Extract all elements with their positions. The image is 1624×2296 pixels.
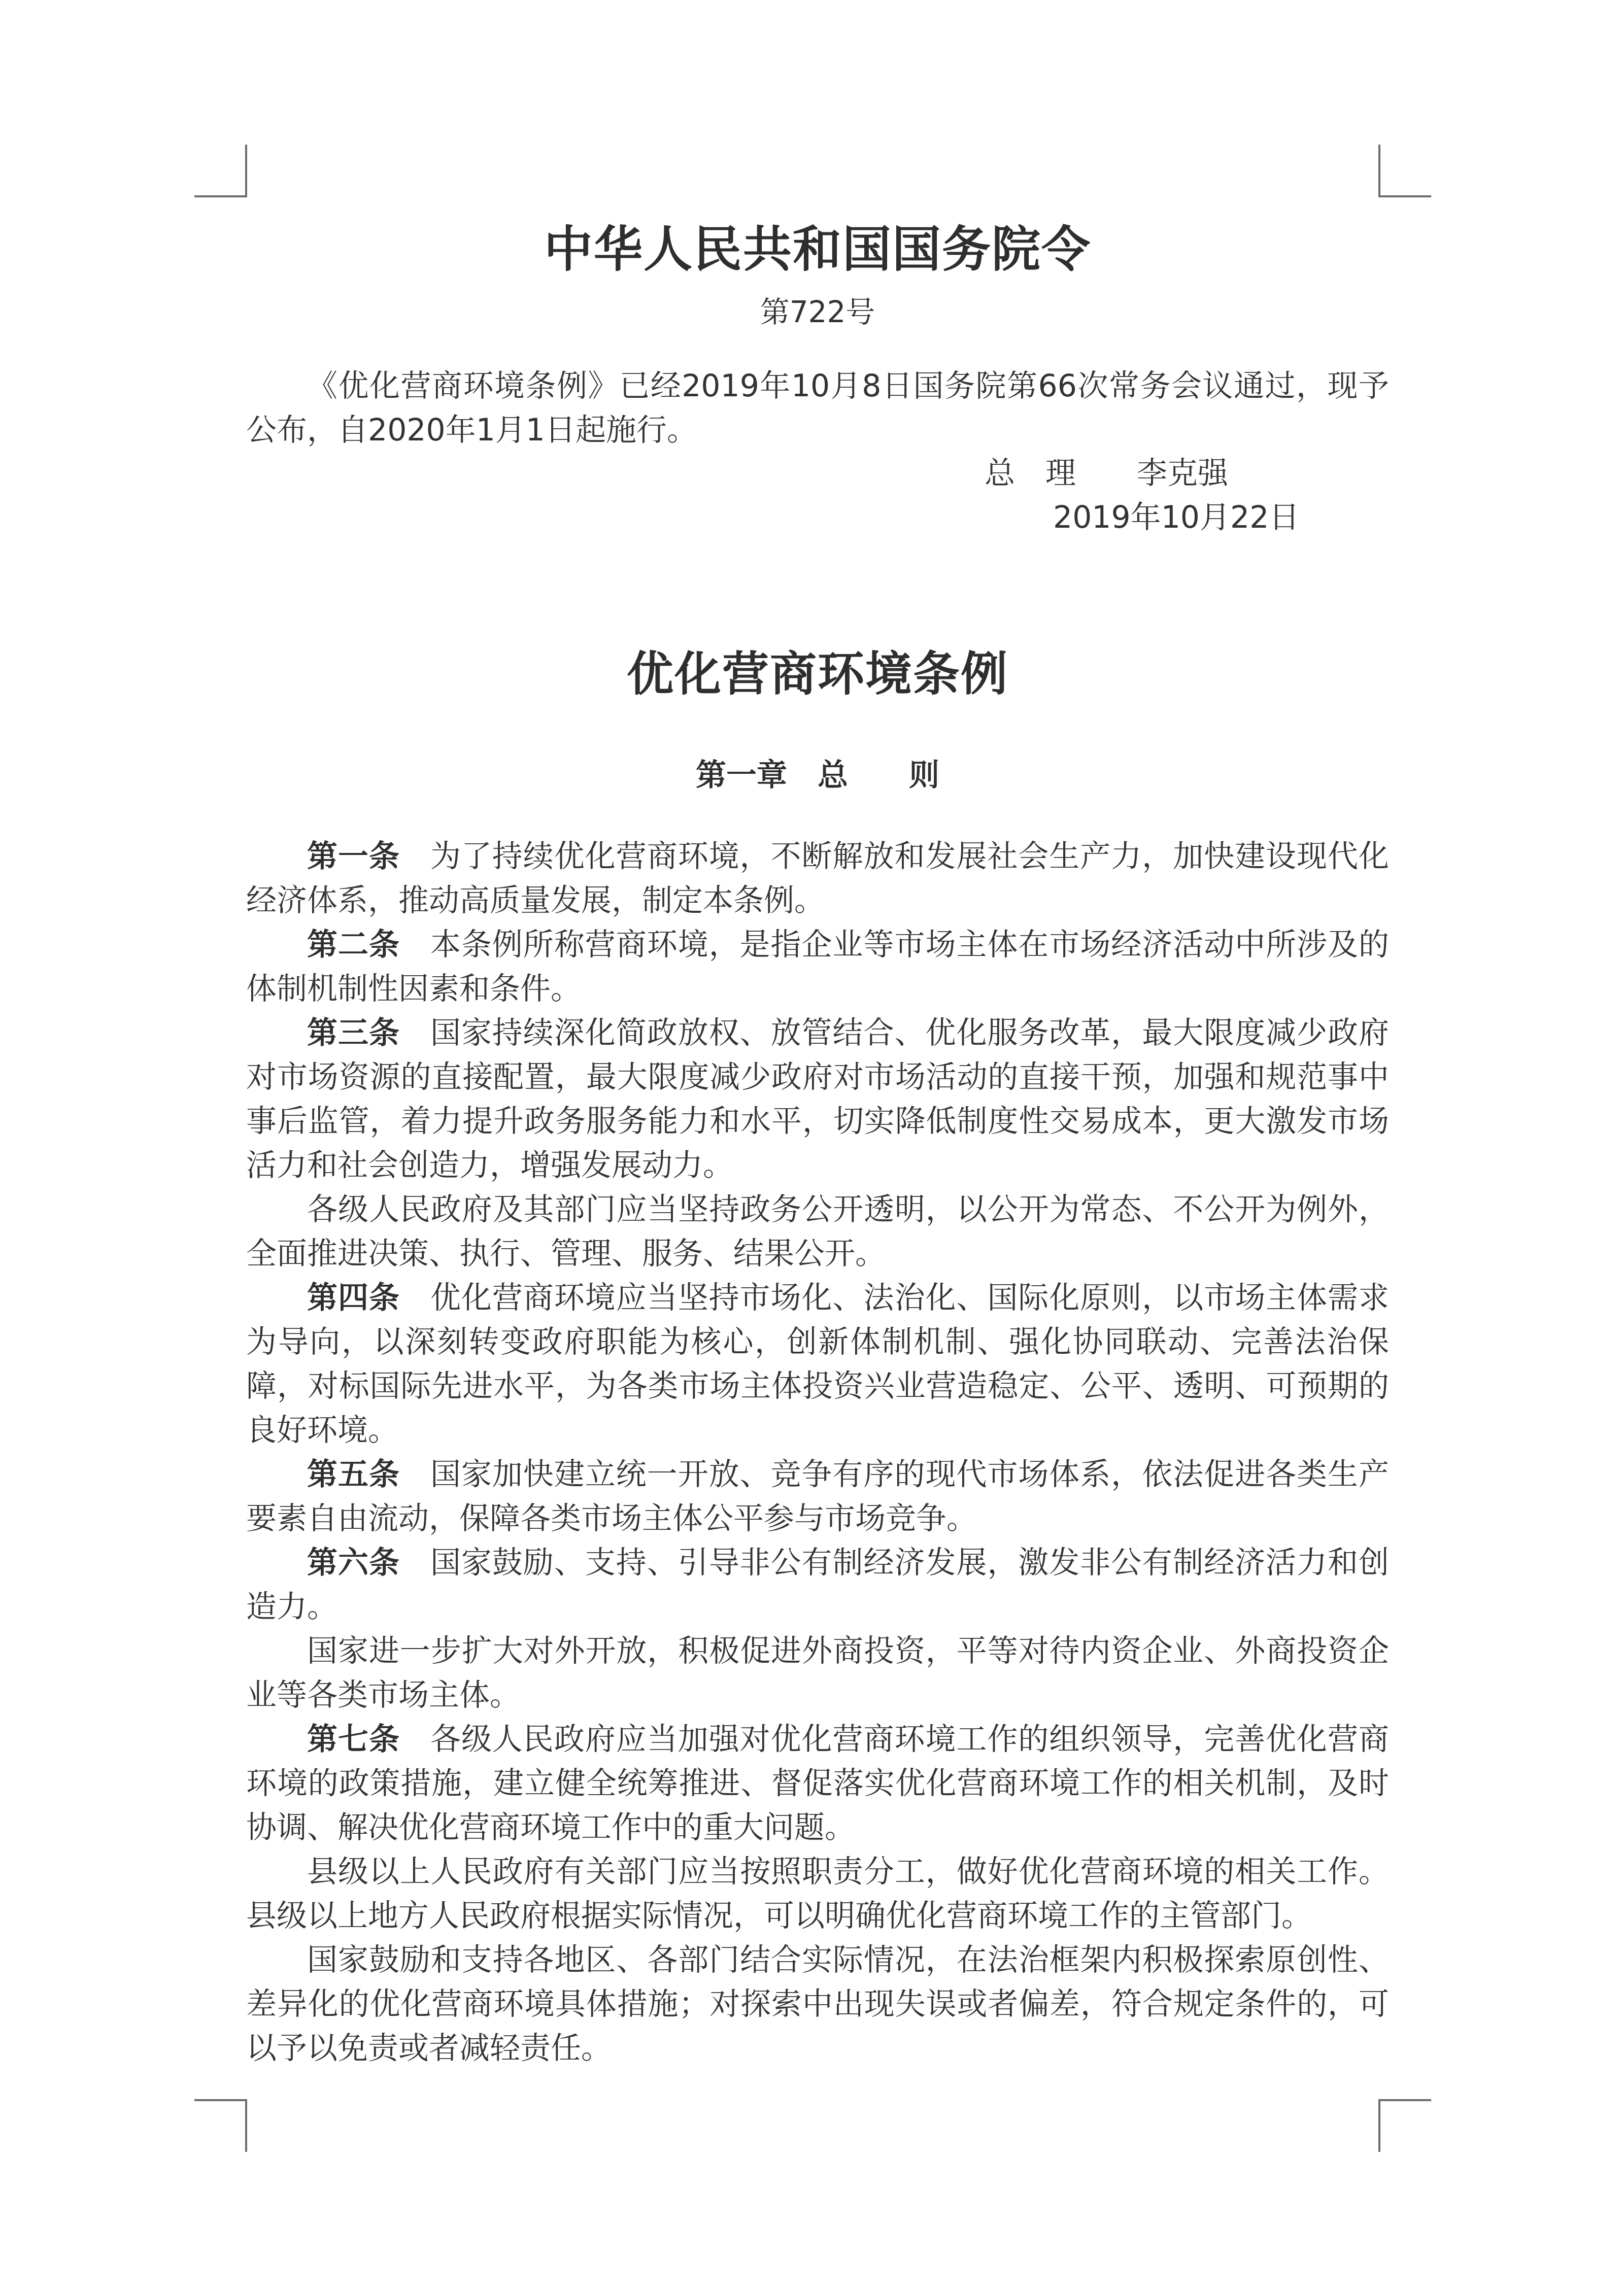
decree-date: 2019年10月22日 (1053, 496, 1299, 540)
article-text: 各级人民政府及其部门应当坚持政务公开透明，以公开为常态、不公开为例外，全面推进决… (246, 1192, 1389, 1272)
article-text: 国家进一步扩大对外开放，积极促进外商投资，平等对待内资企业、外商投资企业等各类市… (246, 1633, 1389, 1713)
article-text: 国家鼓励和支持各地区、各部门结合实际情况，在法治框架内积极探索原创性、差异化的优… (246, 1942, 1389, 2066)
article-text: 县级以上人民政府有关部门应当按照职责分工，做好优化营商环境的相关工作。县级以上地… (246, 1854, 1389, 1934)
article-paragraph: 各级人民政府及其部门应当坚持政务公开透明，以公开为常态、不公开为例外，全面推进决… (246, 1188, 1389, 1276)
article-paragraph: 第二条本条例所称营商环境，是指企业等市场主体在市场经济活动中所涉及的体制机制性因… (246, 923, 1389, 1011)
article-text: 国家持续深化简政放权、放管结合、优化服务改革，最大限度减少政府对市场资源的直接配… (246, 1015, 1389, 1183)
crop-mark-top-right (1378, 145, 1431, 197)
chapter-heading: 第一章 总 则 (246, 751, 1389, 795)
article-label: 第三条 (307, 1015, 400, 1051)
articles-body: 第一条为了持续优化营商环境，不断解放和发展社会生产力，加快建设现代化经济体系，推… (246, 835, 1389, 2071)
article-paragraph: 第六条国家鼓励、支持、引导非公有制经济发展，激发非公有制经济活力和创造力。 (246, 1541, 1389, 1629)
article-paragraph: 第五条国家加快建立统一开放、竞争有序的现代市场体系，依法促进各类生产要素自由流动… (246, 1453, 1389, 1541)
article-label: 第四条 (307, 1280, 400, 1316)
article-label: 第一条 (307, 839, 400, 874)
crop-mark-bottom-left (194, 2099, 247, 2152)
article-text: 本条例所称营商环境，是指企业等市场主体在市场经济活动中所涉及的体制机制性因素和条… (246, 927, 1389, 1007)
article-label: 第七条 (307, 1722, 400, 1757)
article-paragraph: 第四条优化营商环境应当坚持市场化、法治化、国际化原则，以市场主体需求为导向，以深… (246, 1276, 1389, 1453)
article-paragraph: 第三条国家持续深化简政放权、放管结合、优化服务改革，最大限度减少政府对市场资源的… (246, 1011, 1389, 1188)
article-paragraph: 国家进一步扩大对外开放，积极促进外商投资，平等对待内资企业、外商投资企业等各类市… (246, 1629, 1389, 1718)
article-paragraph: 第七条各级人民政府应当加强对优化营商环境工作的组织领导，完善优化营商环境的政策措… (246, 1718, 1389, 1850)
article-label: 第六条 (307, 1545, 400, 1581)
article-text: 优化营商环境应当坚持市场化、法治化、国际化原则，以市场主体需求为导向，以深刻转变… (246, 1280, 1389, 1448)
article-paragraph: 第一条为了持续优化营商环境，不断解放和发展社会生产力，加快建设现代化经济体系，推… (246, 835, 1389, 923)
article-text: 国家鼓励、支持、引导非公有制经济发展，激发非公有制经济活力和创造力。 (246, 1545, 1389, 1625)
article-text: 为了持续优化营商环境，不断解放和发展社会生产力，加快建设现代化经济体系，推动高质… (246, 839, 1389, 918)
article-text: 国家加快建立统一开放、竞争有序的现代市场体系，依法促进各类生产要素自由流动，保障… (246, 1457, 1389, 1536)
article-label: 第二条 (307, 927, 400, 963)
decree-number: 第722号 (246, 288, 1389, 331)
article-text: 各级人民政府应当加强对优化营商环境工作的组织领导，完善优化营商环境的政策措施，建… (246, 1722, 1389, 1845)
decree-body: 《优化营商环境条例》已经2019年10月8日国务院第66次常务会议通过，现予公布… (246, 364, 1389, 453)
article-paragraph: 县级以上人民政府有关部门应当按照职责分工，做好优化营商环境的相关工作。县级以上地… (246, 1850, 1389, 1938)
crop-mark-top-left (194, 145, 247, 197)
regulation-title: 优化营商环境条例 (246, 637, 1389, 704)
crop-mark-bottom-right (1378, 2099, 1431, 2152)
article-label: 第五条 (307, 1457, 400, 1492)
decree-title: 中华人民共和国国务院令 (246, 211, 1389, 280)
article-paragraph: 国家鼓励和支持各地区、各部门结合实际情况，在法治框架内积极探索原创性、差异化的优… (246, 1938, 1389, 2071)
decree-signer: 总 理 李克强 (985, 452, 1228, 496)
